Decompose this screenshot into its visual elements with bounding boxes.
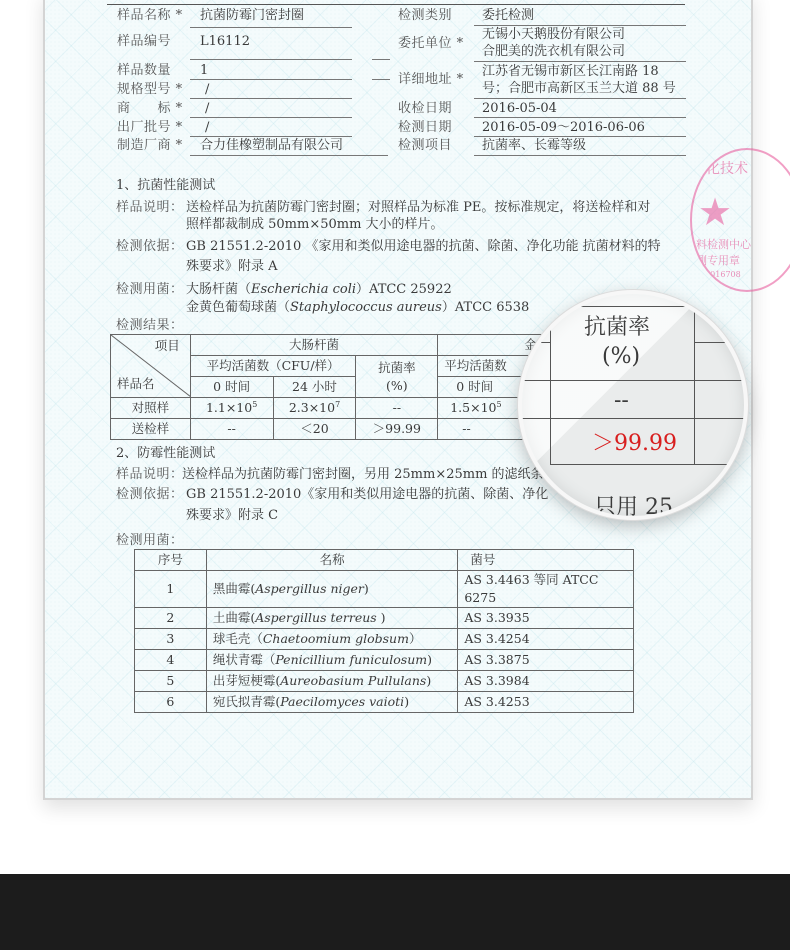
table-row: 4 绳状青霉（Penicillium funiculosum) AS 3.387…	[135, 650, 634, 671]
magnified-rate-unit: (%)	[602, 344, 640, 369]
col-header-name: 名称	[206, 550, 458, 571]
magnifier-lens: 抗菌率 (%) -- ＞99.99 只用 25	[518, 290, 748, 520]
label-sample-name: 样品名称 *	[117, 8, 183, 24]
label-test-type: 检测类别	[398, 8, 452, 24]
label-test-items: 检测项目	[398, 138, 452, 154]
label-sample-no: 样品编号	[117, 34, 171, 50]
section1-result-label: 检测结果：	[116, 318, 184, 334]
magnified-control-value: --	[614, 388, 629, 413]
official-seal: 化技术 ★ 料检测中心 测专用章 00016708	[690, 148, 790, 292]
section2-sample-label: 样品说明：	[116, 467, 184, 483]
table-row: 对照样 1.1×105 2.3×107 -- 1.5×105	[111, 398, 560, 419]
value-model: /	[205, 82, 209, 98]
value-sample-no: L16112	[200, 34, 250, 50]
value-sample-name: 抗菌防霉门密封圈	[200, 8, 304, 24]
top-rule	[107, 4, 685, 5]
value-test-type: 委托检测	[482, 8, 534, 24]
value-manufacturer: 合力佳橡塑制品有限公司	[200, 138, 343, 154]
col-header-no: 序号	[135, 550, 207, 571]
table-row: 2 土曲霉(Aspergillus terreus ) AS 3.3935	[135, 608, 634, 629]
label-manufacturer: 制造厂商 *	[117, 138, 183, 154]
t24-header: 24 小时	[273, 377, 356, 398]
section1-basis-label: 检测依据：	[116, 239, 184, 255]
magnified-partial-text: 只用 25	[594, 490, 673, 520]
value-sample-qty: 1	[200, 63, 208, 79]
label-trademark: 商 标 *	[117, 101, 183, 117]
section1-basis-line1: GB 21551.2-2010 《家用和类似用途电器的抗菌、除菌、净化功能 抗菌…	[186, 239, 661, 255]
label-address: 详细地址 *	[398, 72, 464, 88]
value-receive-date: 2016-05-04	[482, 101, 557, 117]
section1-basis-line2: 殊要求》附录 A	[186, 259, 278, 275]
antibacterial-results-table: 项目 样品名 大肠杆菌 金 平均活菌数（CFU/样） 抗菌率(%) 平均活菌数 …	[110, 334, 560, 440]
table-row: 3 球毛壳（Chaetoomium globsum） AS 3.4254	[135, 629, 634, 650]
magnified-test-value: ＞99.99	[592, 426, 677, 457]
section2-basis-line2: 殊要求》附录 C	[186, 508, 278, 524]
table-corner-cell: 项目 样品名	[111, 335, 191, 398]
section2-basis-label: 检测依据：	[116, 487, 184, 503]
value-address-1: 江苏省无锡市新区长江南路 18	[482, 64, 659, 80]
rate-header: 抗菌率(%)	[356, 356, 438, 398]
label-receive-date: 收检日期	[398, 101, 452, 117]
label-client: 委托单位 *	[398, 36, 464, 52]
value-test-date: 2016-05-09～2016-06-06	[482, 120, 645, 136]
group-ecoli-header: 大肠杆菌	[190, 335, 438, 356]
footer-band	[0, 874, 790, 950]
section2-strain-label: 检测用菌：	[116, 533, 184, 549]
label-sample-qty: 样品数量	[117, 63, 171, 79]
section2-basis-line1: GB 21551.2-2010《家用和类似用途电器的抗菌、除菌、净化	[186, 487, 548, 503]
section1-strain-2: 金黄色葡萄球菌（Staphylococcus aureus）ATCC 6538	[186, 300, 529, 316]
section1-strain-label: 检测用菌：	[116, 282, 184, 298]
value-test-items: 抗菌率、长霉等级	[482, 138, 586, 154]
t0-header: 0 时间	[190, 377, 273, 398]
section1-title: 1、抗菌性能测试	[116, 178, 215, 194]
table-row: 5 出芽短梗霉(Aureobasium Pullulans) AS 3.3984	[135, 671, 634, 692]
table-row: 送检样 -- ＜20 ＞99.99 --	[111, 419, 560, 440]
col-header-code: 菌号	[458, 550, 634, 571]
section1-sample-line1: 送检样品为抗菌防霉门密封圈；对照样品为标准 PE。按标准规定，将送检样和对	[186, 200, 650, 216]
value-client-2: 合肥美的洗衣机有限公司	[482, 44, 625, 60]
value-address-2: 号；合肥市高新区玉兰大道 88 号	[482, 81, 676, 97]
label-model: 规格型号 *	[117, 82, 183, 98]
magnified-rate-header: 抗菌率	[584, 310, 650, 341]
section1-sample-label: 样品说明：	[116, 200, 184, 216]
star-icon: ★	[698, 190, 732, 234]
label-test-date: 检测日期	[398, 120, 452, 136]
value-client-1: 无锡小天鹅股份有限公司	[482, 27, 625, 43]
section1-strain-1: 大肠杆菌（Escherichia coli）ATCC 25922	[186, 282, 452, 298]
table-row: 6 宛氏拟青霉(Paecilomyces vaioti) AS 3.4253	[135, 692, 634, 713]
section2-sample-line: 送检样品为抗菌防霉门密封圈，另用 25mm×25mm 的滤纸条	[182, 467, 544, 483]
value-trademark: /	[205, 101, 209, 117]
label-batch: 出厂批号 *	[117, 120, 183, 136]
section2-title: 2、防霉性能测试	[116, 446, 215, 462]
table-row: 1 黑曲霉(Aspergillus niger) AS 3.4463 等同 AT…	[135, 571, 634, 608]
value-batch: /	[205, 120, 209, 136]
mold-strains-table: 序号 名称 菌号 1 黑曲霉(Aspergillus niger) AS 3.4…	[134, 549, 634, 713]
section1-sample-line2: 照样都裁制成 50mm×50mm 大小的样片。	[186, 217, 444, 233]
avg-count-header: 平均活菌数（CFU/样）	[190, 356, 356, 377]
